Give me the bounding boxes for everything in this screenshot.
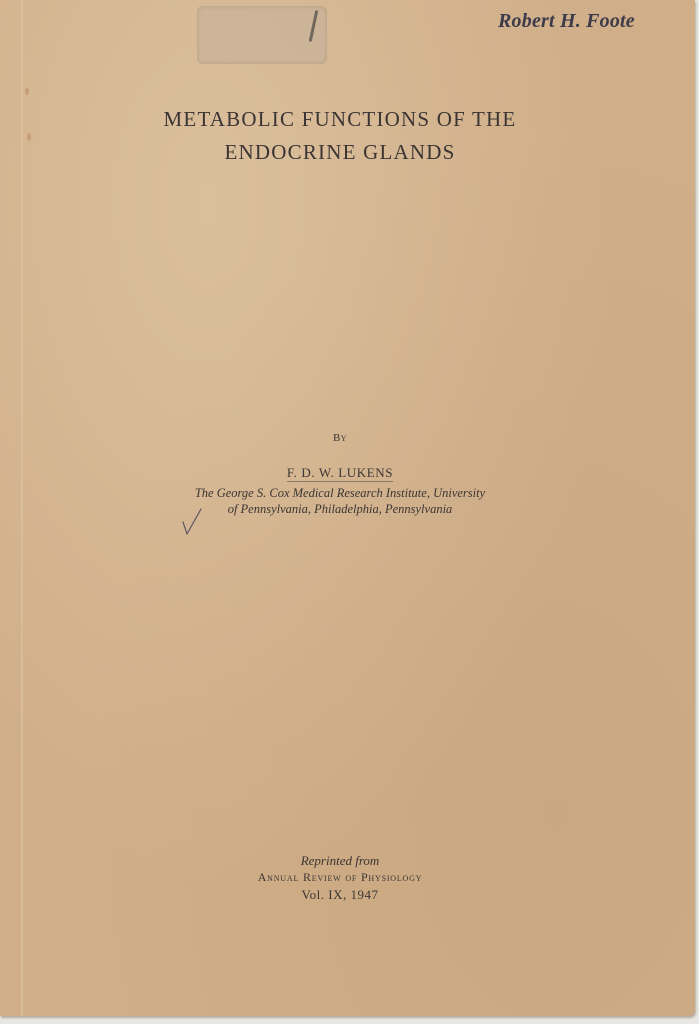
owner-name-stamp: Robert H. Foote [498, 10, 635, 33]
check-mark-icon [179, 505, 205, 537]
by-label: By [0, 432, 680, 444]
author-name: F. D. W. LUKENS [0, 465, 680, 481]
removed-label-residue [197, 6, 327, 64]
title-line-1: METABOLIC FUNCTIONS OF THE [0, 103, 680, 136]
author-name-text: F. D. W. LUKENS [287, 465, 393, 482]
title-line-2: ENDOCRINE GLANDS [0, 136, 680, 169]
reprinted-from-label: Reprinted from [0, 852, 680, 869]
journal-name: Annual Review of Physiology [0, 869, 680, 886]
stain-spot [25, 88, 29, 95]
affiliation-line-1: The George S. Cox Medical Research Insti… [0, 485, 680, 501]
affiliation-line-2: of Pennsylvania, Philadelphia, Pennsylva… [0, 501, 680, 517]
document-cover: Robert H. Foote METABOLIC FUNCTIONS OF T… [0, 0, 695, 1016]
author-affiliation: The George S. Cox Medical Research Insti… [0, 485, 680, 517]
document-title: METABOLIC FUNCTIONS OF THE ENDOCRINE GLA… [0, 103, 680, 169]
reprint-info: Reprinted from Annual Review of Physiolo… [0, 852, 680, 903]
volume-year: Vol. IX, 1947 [0, 886, 680, 903]
